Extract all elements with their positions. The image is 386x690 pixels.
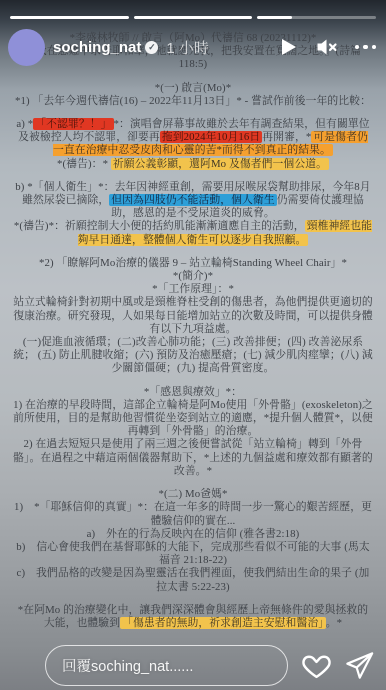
doc-paragraph: 站立式輪椅針對初期中風或是頸椎脊柱受創的傷患者，為他們提供更適切的復康治療。研究… xyxy=(13,296,373,336)
story-footer: 回覆soching_nat...... xyxy=(0,641,386,690)
more-options-icon xyxy=(355,45,377,50)
doc-paragraph: *「感恩與療效」*： xyxy=(13,386,373,399)
verified-badge-icon: ✓ xyxy=(145,41,158,54)
doc-text: *(禱告)*：祈願控制大小便的括約肌能漸漸適應自主的活動， xyxy=(14,220,305,232)
progress-segment-fill xyxy=(10,16,129,19)
doc-text: b) 信心會使我們在基督耶穌的大能下，完成那些看似不可能的大事 (馬太福音 21… xyxy=(16,541,370,566)
progress-segment-fill xyxy=(257,16,291,19)
doc-paragraph: a) *「不認罪？！」*：演唱會屏幕事故雖於去年有調查結果，但有關單位及被檢控人… xyxy=(13,118,373,158)
story-timestamp: 1 小時 xyxy=(166,37,209,58)
doc-paragraph: *(二) Mo爸媽* xyxy=(13,488,373,501)
doc-text: *「感恩與療效」*： xyxy=(144,386,242,398)
progress-segment xyxy=(10,16,129,19)
reply-input[interactable]: 回覆soching_nat...... xyxy=(45,645,288,686)
doc-paragraph: 1) *「耶穌信仰的真實」*：在這一年多的時間一步一驚心的艱苦經歷，更體驗信仰的… xyxy=(13,501,373,527)
progress-segment xyxy=(257,16,376,19)
mute-button[interactable] xyxy=(315,35,340,59)
doc-paragraph: *(簡介)* xyxy=(13,270,373,283)
highlight-red: 「不認罪？！」 xyxy=(33,118,113,130)
instagram-story: *李盛林牧師 // 啟言（阿Mo）代禱信 68 (20231112)*『我在急難… xyxy=(0,0,386,690)
doc-text: (一)促進血液循環；(二)改善心肺功能；(三) 改善排便；(四) 改善泌尿系統；… xyxy=(13,336,373,374)
doc-text: 2) 在過去短短只是使用了兩三週之後便嘗試從「站立輪椅」轉到「外骨骼」。在過程之… xyxy=(13,438,373,476)
reply-placeholder: 回覆soching_nat...... xyxy=(62,655,193,676)
doc-text: *(二) Mo爸媽* xyxy=(158,488,227,500)
avatar[interactable] xyxy=(8,29,45,66)
doc-paragraph: *2) 「瞭解阿Mo治療的儀器 9 – 站立輪椅Standing Wheel C… xyxy=(13,257,373,270)
doc-paragraph: 1) 在治療的早段時間，這部企立輪椅是阿Mo使用「外骨骼」(exoskeleto… xyxy=(13,399,373,439)
doc-text: a) * xyxy=(16,118,33,130)
story-progress-bar xyxy=(10,16,376,19)
highlight-blue: 但因為四肢仍不能活動，個人衛生 xyxy=(109,194,276,206)
doc-paragraph: *「工作原理」：* xyxy=(13,283,373,296)
doc-text: 1) 在治療的早段時間，這部企立輪椅是阿Mo使用「外骨骼」(exoskeleto… xyxy=(13,399,373,437)
story-header-row: soching_nat ✓ 1 小時 xyxy=(8,29,376,66)
doc-text: 站立式輪椅針對初期中風或是頸椎脊柱受創的傷患者，為他們提供更適切的復康治療。研究… xyxy=(13,296,373,334)
play-button[interactable] xyxy=(276,35,300,59)
story-header: soching_nat ✓ 1 小時 xyxy=(0,0,386,66)
play-icon xyxy=(276,35,300,59)
progress-segment-fill xyxy=(134,16,253,19)
doc-text: *2) 「瞭解阿Mo治療的儀器 9 – 站立輪椅Standing Wheel C… xyxy=(39,257,347,269)
doc-paragraph: *1) 「去年今週代禱信(16) – 2022年11月13日」* - 嘗試作前後… xyxy=(13,95,373,108)
mute-speaker-icon xyxy=(315,35,340,59)
doc-text: 再開審，* xyxy=(262,131,311,143)
highlight-yellow: 「傷患者的無助，祈求創造主安慰和醫治」 xyxy=(120,617,326,629)
doc-paragraph: c) 我們品格的改變是因為聖靈活在我們裡面，使我們結出生命的果子 (加拉太書 5… xyxy=(13,567,373,593)
heart-icon xyxy=(301,650,332,681)
highlight-red: 拖到2024年10月16日 xyxy=(160,131,262,143)
doc-paragraph: *(一) 啟言(Mo)* xyxy=(13,82,373,95)
doc-text: *「工作原理」：* xyxy=(152,283,234,295)
doc-paragraph: a) 外在的行為反映內在的信仰 (雅各書2:18) xyxy=(13,528,373,541)
highlight-yellow: 祈願公義彰顯，還阿Mo 及傷者們一個公道。 xyxy=(111,158,329,170)
doc-paragraph: *在阿Mo 的治療變化中，讓我們深深體會與經歷上帝無條件的愛與拯救的大能，也體驗… xyxy=(13,604,373,630)
doc-text: c) 我們品格的改變是因為聖靈活在我們裡面，使我們結出生命的果子 (加拉太書 5… xyxy=(17,567,370,592)
doc-text: *(簡介)* xyxy=(173,270,213,282)
doc-text: *(禱告)：* xyxy=(57,158,111,170)
doc-text: *1) 「去年今週代禱信(16) – 2022年11月13日」* - 嘗試作前後… xyxy=(15,95,371,107)
doc-paragraph: (一)促進血液循環；(二)改善心肺功能；(三) 改善排便；(四) 改善泌尿系統；… xyxy=(13,336,373,376)
share-button[interactable] xyxy=(344,650,375,681)
progress-segment xyxy=(134,16,253,19)
doc-paragraph: b) 信心會使我們在基督耶穌的大能下，完成那些看似不可能的大事 (馬太福音 21… xyxy=(13,541,373,567)
doc-text: 。* xyxy=(326,617,342,629)
doc-text: 1) *「耶穌信仰的真實」*：在這一年多的時間一步一驚心的艱苦經歷，更體驗信仰的… xyxy=(14,501,372,526)
more-options-button[interactable] xyxy=(355,45,377,50)
doc-text: *(一) 啟言(Mo)* xyxy=(155,82,231,94)
doc-paragraph: b) *「個人衛生」*：去年因神經重創，需要用尿喉尿袋幫助排尿，今年8月雖然尿袋… xyxy=(13,181,373,221)
doc-paragraph: *(禱告)*：祈願控制大小便的括約肌能漸漸適應自主的活動，頸椎神經也能夠早日通達… xyxy=(13,220,373,246)
doc-paragraph: *(禱告)：* 祈願公義彰顯，還阿Mo 及傷者們一個公道。 xyxy=(13,158,373,171)
doc-paragraph: 2) 在過去短短只是使用了兩三週之後便嘗試從「站立輪椅」轉到「外骨骼」。在過程之… xyxy=(13,438,373,478)
doc-text: a) 外在的行為反映內在的信仰 (雅各書2:18) xyxy=(87,528,300,540)
username[interactable]: soching_nat xyxy=(53,39,141,56)
like-button[interactable] xyxy=(301,650,332,681)
document-body: *李盛林牧師 // 啟言（阿Mo）代禱信 68 (20231112)*『我在急難… xyxy=(13,32,373,630)
share-paper-plane-icon xyxy=(344,650,375,681)
